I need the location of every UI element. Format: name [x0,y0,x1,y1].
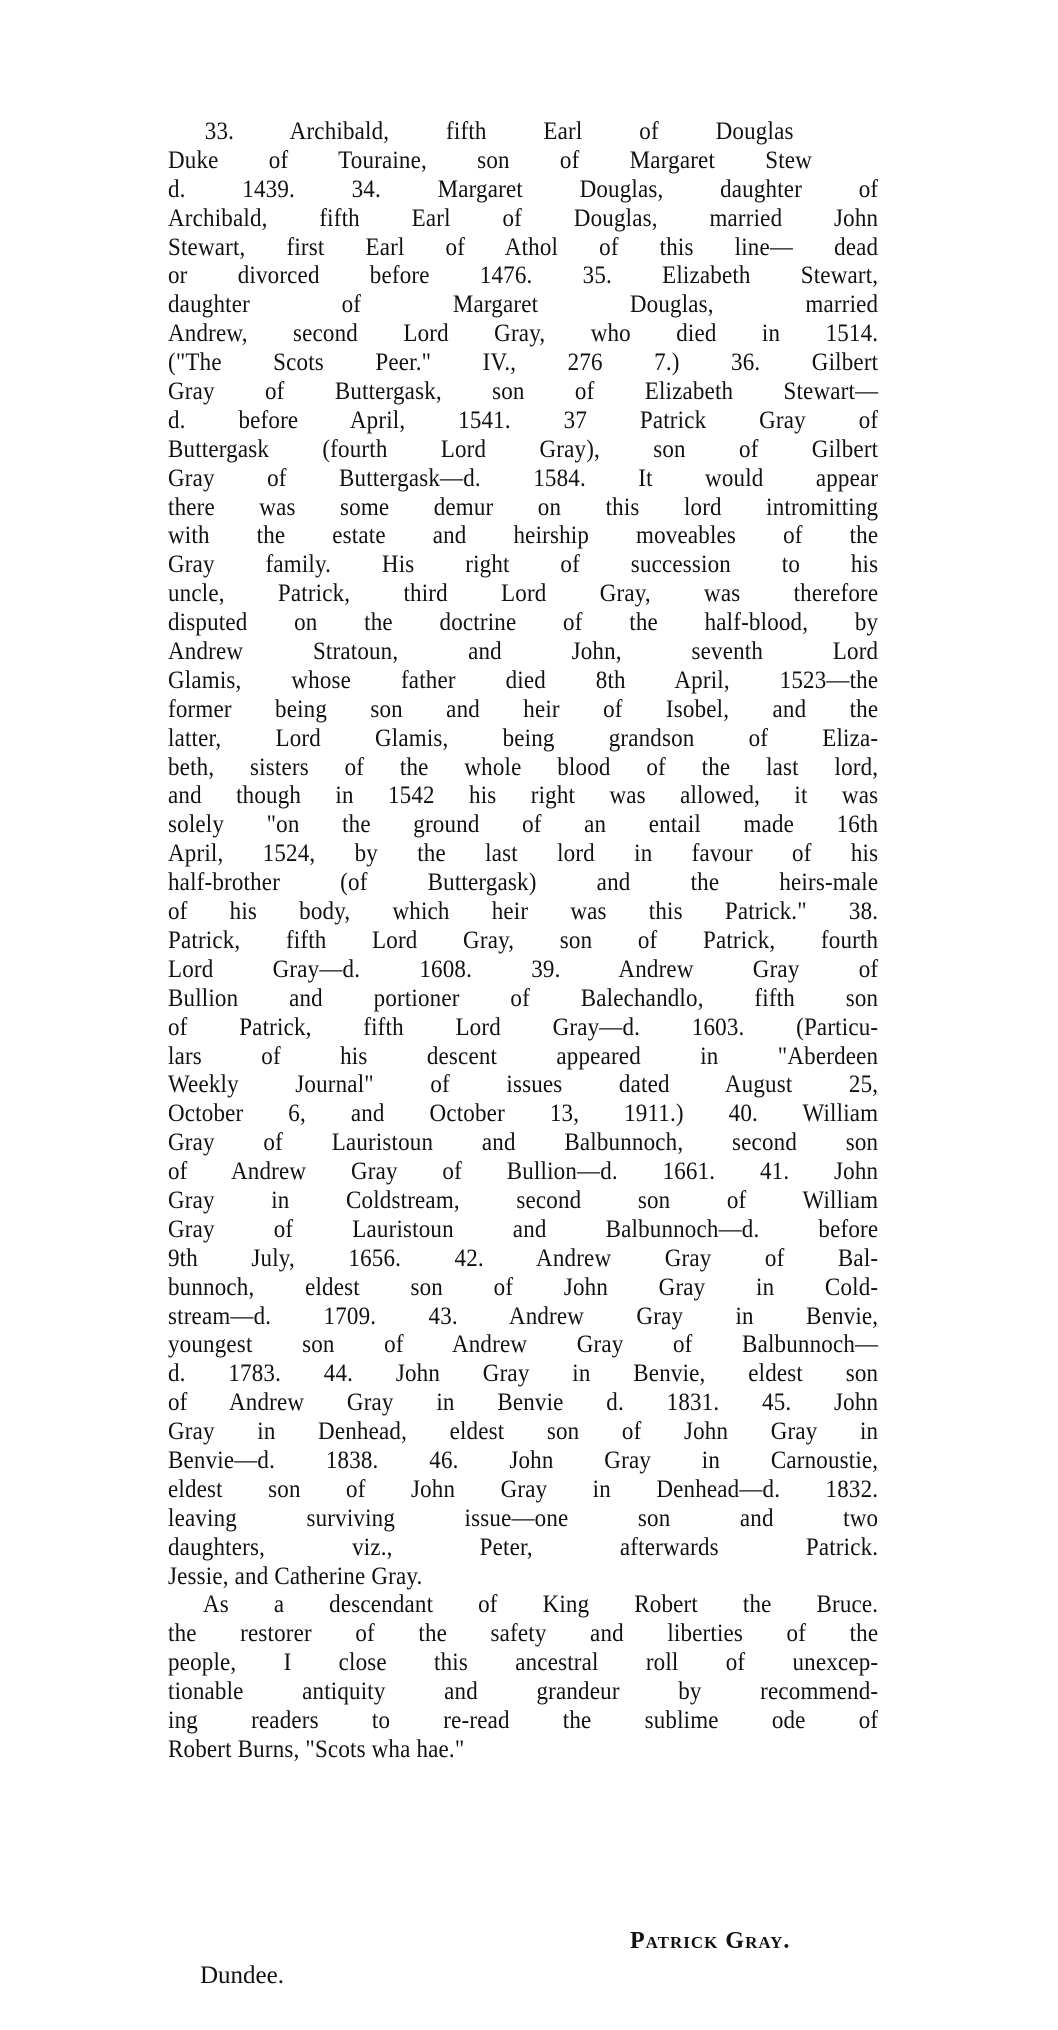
text-line: Robert Burns, "Scots wha hae." [168,1736,878,1765]
text-line: d. 1439. 34. Margaret Douglas, daughter … [168,176,878,205]
text-line: d. 1783. 44. John Gray in Benvie, eldest… [168,1360,878,1389]
text-line: Jessie, and Catherine Gray. [168,1563,878,1592]
text-line: of Andrew Gray in Benvie d. 1831. 45. Jo… [168,1389,878,1418]
text-line: Gray of Buttergask, son of Elizabeth Ste… [168,378,878,407]
text-line: beth, sisters of the whole blood of the … [168,754,878,783]
text-line: Andrew Stratoun, and John, seventh Lord [168,638,878,667]
text-line: of Patrick, fifth Lord Gray—d. 1603. (Pa… [168,1014,878,1043]
text-line: or divorced before 1476. 35. Elizabeth S… [168,262,878,291]
text-line: the restorer of the safety and liberties… [168,1620,878,1649]
text-line: leaving surviving issue—one son and two [168,1505,878,1534]
paragraph-genealogy: 33. Archibald, fifth Earl of Douglas Duk… [168,118,880,1591]
text-line: with the estate and heirship moveables o… [168,522,878,551]
text-line: Andrew, second Lord Gray, who died in 15… [168,320,878,349]
text-line: Gray in Coldstream, second son of Willia… [168,1187,878,1216]
text-line: Gray of Lauristoun and Balbunnoch, secon… [168,1129,878,1158]
text-line: Weekly Journal" of issues dated August 2… [168,1071,878,1100]
text-line: Archibald, fifth Earl of Douglas, marrie… [168,205,878,234]
text-line: Gray of Lauristoun and Balbunnoch—d. bef… [168,1216,878,1245]
text-line: Benvie—d. 1838. 46. John Gray in Carnous… [168,1447,878,1476]
text-line: half-brother (of Buttergask) and the hei… [168,869,878,898]
text-line: April, 1524, by the last lord in favour … [168,840,878,869]
text-line: Lord Gray—d. 1608. 39. Andrew Gray of [168,956,878,985]
text-line: daughter of Margaret Douglas, married [168,291,878,320]
text-line: solely "on the ground of an entail made … [168,811,878,840]
text-line: eldest son of John Gray in Denhead—d. 18… [168,1476,878,1505]
dateline-place: Dundee. [200,1962,284,1990]
text-line: there was some demur on this lord introm… [168,494,878,523]
text-line: 9th July, 1656. 42. Andrew Gray of Bal- [168,1245,878,1274]
text-line: ("The Scots Peer." IV., 276 7.) 36. Gilb… [168,349,878,378]
article-column: 33. Archibald, fifth Earl of Douglas Duk… [168,118,880,1765]
text-line: Gray of Buttergask—d. 1584. It would app… [168,465,878,494]
text-line: As a descendant of King Robert the Bruce… [168,1591,878,1620]
text-line: disputed on the doctrine of the half-blo… [168,609,878,638]
author-signature: Patrick Gray. [630,1928,790,1955]
text-line: Buttergask (fourth Lord Gray), son of Gi… [168,436,878,465]
text-line: stream—d. 1709. 43. Andrew Gray in Benvi… [168,1303,878,1332]
newspaper-clipping: 33. Archibald, fifth Earl of Douglas Duk… [0,0,1058,2030]
text-line: and though in 1542 his right was allowed… [168,782,878,811]
text-line: Gray in Denhead, eldest son of John Gray… [168,1418,878,1447]
paragraph-closing: As a descendant of King Robert the Bruce… [168,1591,880,1764]
text-line: latter, Lord Glamis, being grandson of E… [168,725,878,754]
text-line: d. before April, 1541. 37 Patrick Gray o… [168,407,878,436]
text-line: Gray family. His right of succession to … [168,551,878,580]
text-line: October 6, and October 13, 1911.) 40. Wi… [168,1100,878,1129]
text-line: Glamis, whose father died 8th April, 152… [168,667,878,696]
text-line: bunnoch, eldest son of John Gray in Cold… [168,1274,878,1303]
text-line: daughters, viz., Peter, afterwards Patri… [168,1534,878,1563]
text-line: Patrick, fifth Lord Gray, son of Patrick… [168,927,878,956]
text-line: lars of his descent appeared in "Aberdee… [168,1043,878,1072]
text-line: of Andrew Gray of Bullion—d. 1661. 41. J… [168,1158,878,1187]
text-line: 33. Archibald, fifth Earl of Douglas [168,118,794,147]
text-line: tionable antiquity and grandeur by recom… [168,1678,878,1707]
text-line: youngest son of Andrew Gray of Balbunnoc… [168,1331,878,1360]
text-line: people, I close this ancestral roll of u… [168,1649,878,1678]
text-line: uncle, Patrick, third Lord Gray, was the… [168,580,878,609]
text-line: ing readers to re-read the sublime ode o… [168,1707,878,1736]
text-line: Duke of Touraine, son of Margaret Stew [168,147,812,176]
text-line: Stewart, first Earl of Athol of this lin… [168,234,878,263]
text-line: of his body, which heir was this Patrick… [168,898,878,927]
text-line: Bullion and portioner of Balechandlo, fi… [168,985,878,1014]
text-line: former being son and heir of Isobel, and… [168,696,878,725]
